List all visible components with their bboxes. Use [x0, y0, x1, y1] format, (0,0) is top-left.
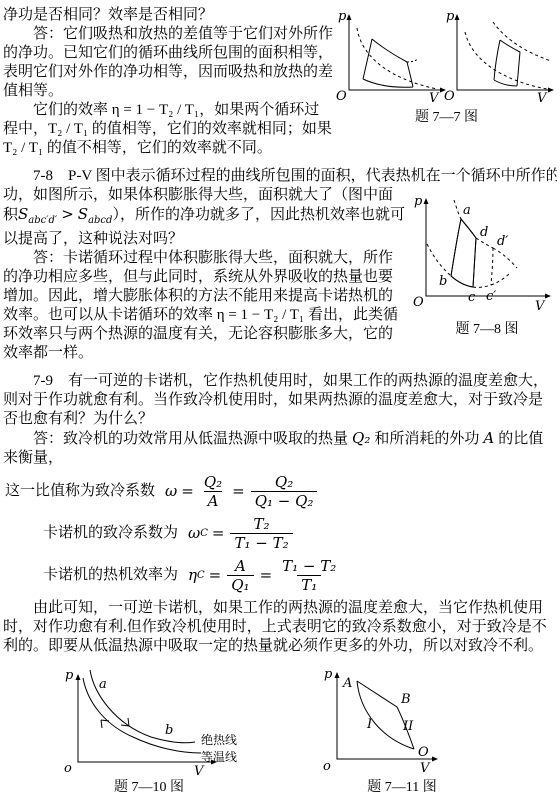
cycle-right: [494, 40, 520, 86]
fraction-denominator: A: [204, 491, 223, 510]
fraction-q2-over-q1-minus-q2: Q₂Q₁ − Q₂: [251, 473, 318, 510]
v-axis-label: V: [420, 761, 431, 776]
adiabat-d-prime-to-c-prime: [491, 248, 493, 285]
point-a-label: a: [463, 203, 471, 218]
answer-7-7-paragraph-1: 答：它们吸热和放热的差值等于它们对外所作的净功。已知它们的循环曲线所包围的面积相…: [3, 25, 333, 101]
section-7-9: 7-9 有一可逆的卡诺机，它作热机使用时，如果工作的两热源的温度差愈大，则对于作…: [3, 372, 557, 656]
section-7-8: 7-8 P-V 图中表示循环过程的曲线所包围的面积，代表热机在一个循环中所作的净…: [3, 167, 557, 363]
point-O-label: O: [418, 745, 429, 760]
figure-7-10: p o V a b 绝热线 等温线 题 7—10 图: [53, 664, 245, 792]
equals-sign: =: [177, 482, 198, 501]
origin-label: o: [64, 761, 72, 776]
point-d-label: d: [480, 225, 488, 240]
v-axis-label: V: [429, 91, 440, 106]
p-axis-arrow-left: [347, 14, 352, 20]
adiabat-line-label: 绝热线: [201, 732, 237, 747]
v-axis-label: V: [194, 764, 205, 776]
isotherm-dashed-left: [357, 28, 437, 89]
carnot-efficiency-equation: 卡诺机的热机效率为 ηC = AQ₁ = T₁ − T₂T₁: [43, 557, 557, 594]
fraction-t2-over-t1-minus-t2: T₂T₁ − T₂: [230, 515, 292, 552]
answer-7-9-intro-b: 和所消耗的外功: [374, 431, 479, 447]
textbook-page: 净功是否相同？效率是否相同？ 答：它们吸热和放热的差值等于它们对外所作的净功。已…: [0, 0, 560, 792]
point-c-label: c: [468, 290, 476, 305]
eta-c-symbol: η: [188, 566, 197, 585]
p-axis-label: p: [324, 667, 333, 682]
origin-label: O: [444, 89, 455, 104]
equation-2-prefix: 卡诺机的致冷系数为: [43, 524, 178, 543]
fraction-numerator: T₂: [250, 515, 274, 533]
fraction-denominator: T₁ − T₂: [230, 533, 292, 552]
omega-symbol: ω: [165, 482, 177, 501]
p-axis-arrow: [76, 674, 81, 680]
greater-than-sign: >: [57, 205, 78, 223]
equation-1-prefix: 这一比值称为致冷系数: [5, 482, 155, 501]
fraction-a-over-q1: AQ₁: [227, 557, 253, 594]
figure-7-10-caption: 题 7—10 图: [53, 778, 245, 792]
v-axis-label: V: [535, 299, 546, 314]
v-axis-arrow: [432, 757, 438, 762]
point-d-prime-label: d′: [497, 234, 508, 249]
figure-7-11-caption: 题 7—11 图: [317, 778, 487, 792]
origin-label: O: [336, 89, 347, 104]
area-symbol-1: S: [18, 205, 28, 223]
question-7-9: 7-9 有一可逆的卡诺机，它作热机使用时，如果工作的两热源的温度差愈大，则对于作…: [3, 372, 557, 429]
p-axis-label: p: [65, 668, 74, 683]
isotherm-line-label: 等温线: [201, 749, 237, 764]
equals-sign: =: [228, 482, 249, 501]
point-a-label: a: [99, 677, 107, 692]
equation-3-prefix: 卡诺机的热机效率为: [43, 566, 178, 585]
figure-7-11: p o V A B O I II 题 7—11 图: [317, 664, 487, 792]
fraction-numerator: Q₂: [200, 473, 226, 491]
fraction-numerator: Q₂: [271, 473, 297, 491]
figure-7-8: p O V a b c c′ d: [411, 186, 560, 363]
equals-sign: =: [256, 566, 277, 585]
omega-c-subscript: C: [200, 524, 208, 543]
p-axis-arrow: [424, 198, 429, 204]
area-symbol-2: S: [78, 205, 88, 223]
v-axis-label: V: [537, 91, 548, 106]
figure-7-7-caption: 题 7—7 图: [333, 108, 560, 127]
section-7-7: 净功是否相同？效率是否相同？ 答：它们吸热和放热的差值等于它们对外所作的净功。已…: [3, 6, 557, 158]
isotherm-above-a: [454, 200, 461, 219]
origin-label: o: [323, 759, 331, 774]
answer-7-9-conclusion: 由此可知，一可逆卡诺机，如果工作的两热源的温度差愈大，当它作热机使用时，对作功愈…: [3, 599, 557, 656]
fraction-denominator: T₁: [297, 575, 321, 594]
question-7-8-rest: 功，如图所示，如果体积膨胀得大些，面积就大了（图中面积Sabc′d′>Sabcd…: [3, 186, 407, 249]
eta-c-subscript: C: [197, 566, 205, 585]
work-a-symbol: A: [479, 429, 498, 447]
point-b-label: b: [439, 274, 447, 289]
omega-c-symbol: ω: [188, 524, 200, 543]
point-c-prime-label: c′: [486, 289, 496, 304]
figure-7-10-diagram: p o V a b 绝热线 等温线: [53, 664, 245, 776]
path-II-label: II: [402, 719, 414, 734]
heat-q2-symbol: Q₂: [348, 429, 374, 447]
p-axis-arrow: [335, 672, 340, 678]
equals-sign: =: [208, 524, 229, 543]
isotherm-left-of-b: [427, 244, 451, 276]
axes-right: [457, 15, 553, 90]
answer-7-9-intro: 答：致冷机的功效常用从低温热源中吸取的热量Q₂和所消耗的外功A的比值来衡量，: [3, 429, 557, 468]
p-axis-label: p: [338, 9, 347, 24]
p-axis-label: p: [446, 9, 455, 24]
v-axis-arrow-right: [548, 88, 554, 93]
fraction-denominator: Q₁ − Q₂: [251, 491, 318, 510]
point-b-label: b: [165, 723, 173, 738]
figure-7-8-diagram: p O V a b c c′ d: [411, 186, 560, 318]
area-symbol-2-subscript: abcd: [88, 215, 112, 226]
figure-7-7: p O V p O V 题 7—7 图: [333, 6, 560, 158]
fraction-q2-over-a: Q₂A: [200, 473, 226, 510]
answer-7-7-paragraph-2: 它们的效率 η = 1 − T₂ / T₁，如果两个循环过程中，T₂ / T₁ …: [3, 101, 333, 158]
v-axis-arrow: [545, 294, 551, 299]
bottom-figures: p o V a b 绝热线 等温线 题 7—10 图 p o V: [3, 664, 557, 792]
answer-7-8-paragraph: 答：卡诺循环过程中体积膨胀得大些，面积就大，所作的净功相应多些，但与此同时，系统…: [3, 249, 407, 363]
p-axis-label: p: [414, 194, 423, 209]
cycle-abcd: [451, 219, 476, 287]
figure-7-11-diagram: p o V A B O I II: [317, 664, 487, 776]
question-7-8-line-1: 7-8 P-V 图中表示循环过程的曲线所包围的面积，代表热机在一个循环中所作的净: [3, 167, 557, 186]
isotherm-dashed-lower-right: [465, 32, 547, 89]
section-7-8-text: 功，如图所示，如果体积膨胀得大些，面积就大了（图中面积Sabc′d′>Sabcd…: [3, 186, 407, 363]
fraction-numerator: A: [231, 557, 250, 575]
section-7-7-text: 净功是否相同？效率是否相同？ 答：它们吸热和放热的差值等于它们对外所作的净功。已…: [3, 6, 333, 158]
equals-sign: =: [205, 566, 226, 585]
isotherm-stub-left: [407, 59, 418, 62]
figure-7-8-caption: 题 7—8 图: [411, 320, 560, 339]
point-A-label: A: [342, 676, 352, 691]
figure-7-7-diagram: p O V p O V: [333, 6, 560, 106]
fraction-numerator: T₁ − T₂: [278, 557, 340, 575]
direction-arrow-up: [101, 720, 109, 728]
origin-label: O: [413, 295, 424, 310]
area-symbol-1-subscript: abc′d′: [28, 215, 57, 226]
question-7-7-tail: 净功是否相同？效率是否相同？: [3, 6, 333, 25]
answer-7-9-intro-a: 答：致冷机的功效常用从低温热源中吸取的热量: [33, 431, 348, 447]
path-I-label: I: [366, 717, 373, 732]
carnot-refrigeration-coefficient-equation: 卡诺机的致冷系数为 ωC = T₂T₁ − T₂: [43, 515, 557, 552]
p-axis-arrow-right: [455, 14, 460, 20]
fraction-denominator: Q₁: [227, 575, 253, 594]
refrigeration-coefficient-equation: 这一比值称为致冷系数 ω = Q₂A = Q₂Q₁ − Q₂: [5, 473, 557, 510]
fraction-t1-minus-t2-over-t1: T₁ − T₂T₁: [278, 557, 340, 594]
point-B-label: B: [400, 692, 411, 707]
